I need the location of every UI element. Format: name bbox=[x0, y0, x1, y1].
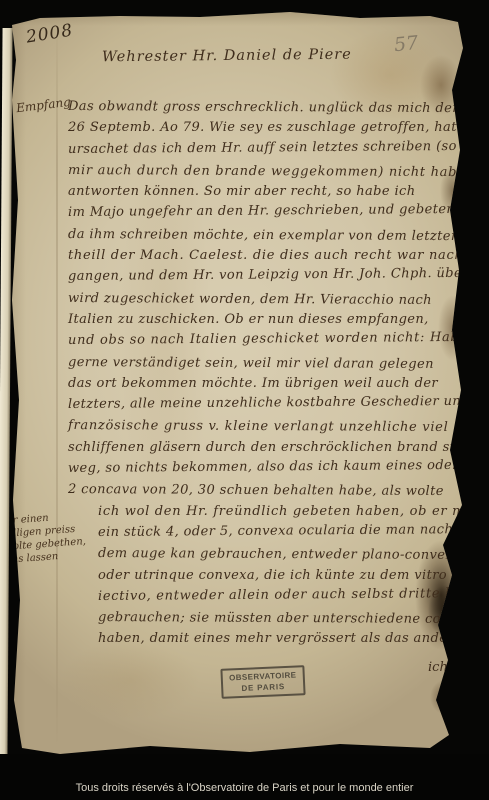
manuscript-line: ursachet das ich dem Hr. auff sein letzt… bbox=[68, 135, 463, 159]
underlying-page-edge bbox=[0, 28, 13, 760]
manuscript-line: dem auge kan gebrauchen, entweder plano-… bbox=[98, 543, 463, 566]
letter-body: Das obwandt gross erschrecklich. unglück… bbox=[68, 96, 463, 650]
stamp-line-1: OBSERVATOIRE bbox=[227, 670, 299, 682]
margin-note-price: für einen billigen preiss wolte gebethen… bbox=[2, 509, 87, 567]
letter-heading: Wehrester Hr. Daniel de Piere bbox=[102, 47, 352, 66]
manuscript-line: ein stück 4, oder 5, convexa ocularia di… bbox=[98, 519, 463, 543]
observatoire-de-paris-stamp: OBSERVATOIRE DE PARIS bbox=[220, 665, 305, 699]
catchword: ich bbox=[428, 660, 448, 675]
manuscript-line: da ihm schreiben möchte, ein exemplar vo… bbox=[68, 224, 463, 247]
folio-number: 57 bbox=[393, 32, 419, 56]
manuscript-line: gerne verständiget sein, weil mir viel d… bbox=[68, 352, 463, 375]
manuscript-line: 2 concava von 20, 30 schuen behalten hab… bbox=[68, 479, 463, 502]
stamp-line-2: DE PARIS bbox=[227, 681, 299, 693]
copyright-caption: Tous droits réservés à l'Observatoire de… bbox=[0, 782, 489, 794]
manuscript-line: letzters, alle meine unzehliche kostbahr… bbox=[68, 391, 463, 415]
manuscript-line: Das obwandt gross erschrecklich. unglück… bbox=[68, 96, 463, 119]
manuscript-line: im Majo ungefehr an den Hr. geschrieben,… bbox=[68, 199, 463, 223]
manuscript-line: gangen, und dem Hr. von Leipzig von Hr. … bbox=[68, 263, 463, 287]
left-margin-crease bbox=[56, 20, 58, 750]
manuscript-line: mir auch durch den brande weggekommen) n… bbox=[68, 160, 463, 183]
manuscript-line: iectivo, entweder allein oder auch selbs… bbox=[98, 583, 463, 607]
manuscript-line: und obs so nach Italien geschicket worde… bbox=[68, 327, 463, 351]
manuscript-line: weg, so nichts bekommen, also das ich ka… bbox=[68, 455, 463, 479]
manuscript-line: französische gruss v. kleine verlangt un… bbox=[68, 415, 463, 438]
manuscript-line: gebrauchen; sie müssten aber unterschied… bbox=[98, 607, 463, 630]
manuscript-page: 2008 57 Wehrester Hr. Daniel de Piere Em… bbox=[0, 0, 489, 800]
manuscript-line: wird zugeschicket worden, dem Hr. Vierac… bbox=[68, 288, 463, 311]
manuscript-line: haben, damit eines mehr vergrössert als … bbox=[98, 628, 463, 649]
